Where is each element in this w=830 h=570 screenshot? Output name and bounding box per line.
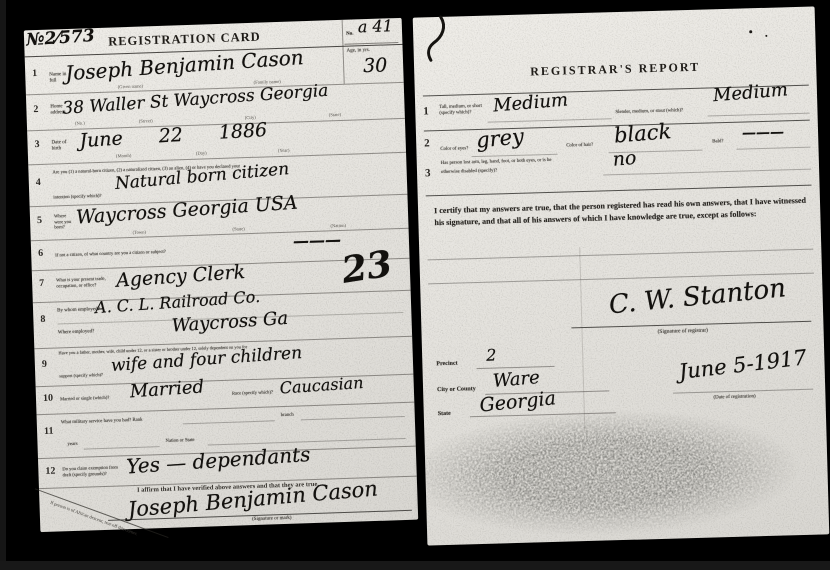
report-hair-value: black bbox=[613, 121, 672, 147]
reg-married-label: Married or single (which)? bbox=[60, 395, 110, 402]
report-row-number: 3 bbox=[425, 167, 431, 179]
reg-row-number: 9 bbox=[42, 359, 47, 370]
reg-card-title: REGISTRATION CARD bbox=[108, 30, 261, 50]
reg-exemption-label: Do you claim exemption from draft (speci… bbox=[62, 464, 122, 477]
registration-date-label: (Date of registration) bbox=[713, 394, 755, 401]
reg-address-sub-street: (Street) bbox=[139, 118, 153, 123]
reg-birthplace-sub-nation: (Nation) bbox=[330, 223, 346, 229]
reg-military-years-line bbox=[84, 446, 160, 450]
reg-military-label-rank: What military service have you had? Rank bbox=[61, 418, 143, 427]
registrar-signature: C. W. Stanton bbox=[608, 275, 787, 318]
report-disability-label-1: Has person lost arm, leg, hand, foot, or… bbox=[441, 158, 552, 167]
reg-row-number: 5 bbox=[37, 215, 42, 226]
reg-birthdate-sub-year: (Year) bbox=[278, 148, 290, 153]
reg-race-label: Race (specify which)? bbox=[232, 389, 273, 396]
reg-row-number: 7 bbox=[39, 278, 44, 289]
reg-birthplace-sub-state: (State) bbox=[232, 226, 244, 231]
reg-occupation-label: What is your present trade, occupation, … bbox=[56, 275, 116, 288]
reg-address-sub-state: (State) bbox=[329, 112, 341, 117]
report-build-line bbox=[708, 113, 810, 117]
report-blank-line-1 bbox=[427, 249, 813, 261]
report-build-label: Slender, medium, or stout (which)? bbox=[615, 108, 683, 116]
reg-row-number: 11 bbox=[44, 426, 54, 437]
report-height-value: Medium bbox=[493, 91, 569, 115]
reg-no-label: No. bbox=[346, 31, 354, 37]
registrar-signature-label: (Signature of registrar) bbox=[657, 328, 708, 336]
ink-dot bbox=[749, 30, 752, 33]
registration-date-line bbox=[673, 389, 813, 394]
report-row3-rule bbox=[426, 185, 812, 197]
photo-edge-bottom bbox=[0, 561, 830, 570]
scanned-draft-card-photo: { "colors": {"background":"#000000","pap… bbox=[0, 0, 830, 570]
report-fold-line bbox=[579, 247, 585, 433]
reg-row-number: 12 bbox=[45, 466, 55, 477]
reg-employer-label: By whom employed? bbox=[57, 307, 100, 315]
reg-noncitizen-label: If not a citizen, of what country are yo… bbox=[55, 244, 305, 258]
report-row-number: 1 bbox=[423, 105, 429, 117]
reg-row-number: 1 bbox=[32, 68, 37, 79]
reg-row-number: 2 bbox=[33, 104, 38, 115]
state-value: Georgia bbox=[479, 389, 557, 415]
reg-military-label-branch: branch bbox=[281, 413, 294, 419]
report-eyes-line bbox=[472, 154, 558, 157]
reg-row-number: 4 bbox=[36, 177, 41, 188]
reg-race-value: Caucasian bbox=[279, 375, 364, 397]
registrars-report-page: REGISTRAR'S REPORT 1 Tall, medium, or sh… bbox=[413, 6, 830, 545]
reg-age-value: 30 bbox=[363, 56, 388, 76]
ink-mark bbox=[419, 15, 450, 64]
report-bald-label: Bald? bbox=[712, 139, 723, 145]
reg-workplace-value: Waycross Ga bbox=[171, 310, 289, 336]
reg-row-number: 6 bbox=[38, 248, 43, 259]
reg-birthplace-label: Where were you born? bbox=[54, 213, 77, 231]
reg-occupation-value: Agency Clerk bbox=[116, 263, 246, 291]
report-disability-value: no bbox=[612, 149, 637, 170]
report-build-value: Medium bbox=[712, 81, 788, 105]
reg-dependents-label-2: support (specify which)? bbox=[59, 372, 103, 379]
precinct-value: 2 bbox=[486, 348, 497, 364]
report-certification-text: I certify that my answers are true, that… bbox=[434, 195, 807, 230]
reg-birthdate-sub-day: (Day) bbox=[196, 150, 207, 155]
reg-workplace-label: Where employed? bbox=[58, 329, 95, 336]
report-disability-line bbox=[603, 169, 811, 176]
report-height-label: Tall, medium, or short (specify which)? bbox=[439, 104, 487, 117]
precinct-label: Precinct bbox=[436, 361, 457, 369]
report-eyes-label: Color of eyes? bbox=[440, 146, 468, 153]
reg-military-rank-line bbox=[183, 420, 275, 424]
reg-citizenship-label-2: intention (specify which)? bbox=[53, 193, 101, 200]
photo-edge-left bbox=[0, 0, 6, 570]
reg-row-number: 3 bbox=[34, 139, 39, 150]
report-disability-label-2: otherwise disabled (specify)? bbox=[441, 168, 497, 176]
reg-address-sub-no: (No.) bbox=[75, 120, 85, 125]
reg-birthdate-label: Date of birth bbox=[51, 140, 69, 153]
registration-card-page: №2⁄573 REGISTRATION CARD No. a 41 1 Name… bbox=[24, 18, 418, 532]
report-height-line bbox=[488, 118, 612, 122]
reg-birthplace-sub-town: (Town) bbox=[132, 229, 146, 234]
reg-noncitizen-value: ——— bbox=[293, 232, 342, 250]
state-label: State bbox=[438, 411, 451, 419]
county-label: City or County bbox=[437, 386, 476, 395]
reg-serial-number: №2⁄573 bbox=[26, 28, 96, 50]
reg-name-sub-given: (Given name) bbox=[118, 83, 144, 89]
reg-age-label: Age, in yrs. bbox=[347, 47, 399, 55]
report-hair-label: Color of hair? bbox=[566, 143, 593, 150]
report-title: REGISTRAR'S REPORT bbox=[414, 56, 816, 82]
scan-noise-blob bbox=[424, 398, 830, 545]
reg-occupation-extra-number: 23 bbox=[339, 245, 394, 288]
report-bald-value: ——— bbox=[742, 125, 784, 140]
report-bald-line bbox=[736, 147, 810, 150]
reg-military-label-nation: Nation or State bbox=[165, 438, 194, 445]
report-eyes-value: grey bbox=[475, 126, 525, 152]
reg-military-label-years: years bbox=[67, 442, 77, 448]
ink-dot bbox=[765, 35, 767, 37]
reg-signature-label: (Signature or mark) bbox=[252, 516, 292, 524]
reg-military-branch-line bbox=[301, 416, 405, 420]
reg-row-number: 10 bbox=[43, 393, 53, 404]
reg-birthdate-sub-month: (Month) bbox=[116, 153, 131, 159]
reg-no-value: a 41 bbox=[358, 18, 393, 35]
reg-married-value: Married bbox=[129, 378, 204, 401]
county-value: Ware bbox=[492, 369, 540, 391]
reg-row-number: 8 bbox=[40, 314, 45, 325]
registration-date-value: June 5-1917 bbox=[678, 347, 808, 383]
report-row-number: 2 bbox=[424, 137, 430, 149]
